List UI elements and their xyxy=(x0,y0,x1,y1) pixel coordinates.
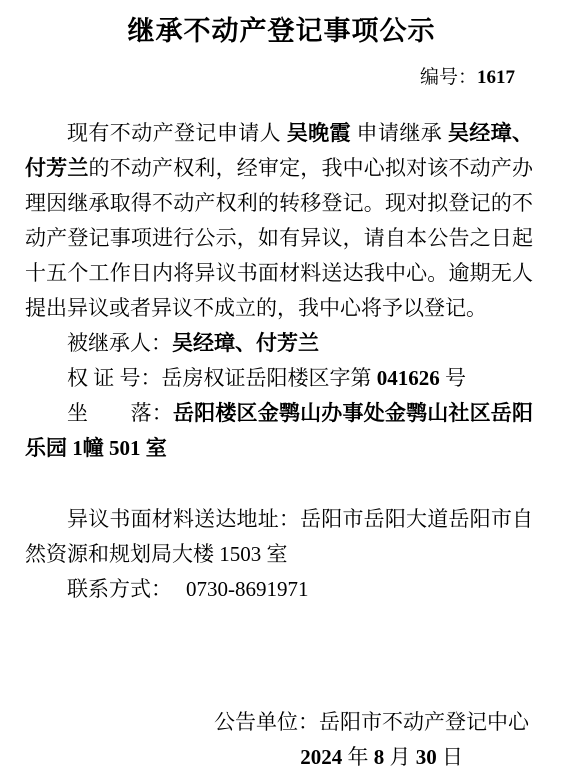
issue-date-line: 2024 年 8 月 30 日 xyxy=(25,740,533,775)
date-month-unit: 月 xyxy=(384,745,416,769)
date-year-unit: 年 xyxy=(342,745,374,769)
issuing-unit-value: 岳阳市不动产登记中心 xyxy=(319,710,529,734)
main-paragraph: 现有不动产登记申请人 吴晚霞 申请继承 吴经璋、付芳兰的不动产权利，经审定，我中… xyxy=(25,116,533,326)
certificate-number: 041626 xyxy=(377,366,440,390)
date-day: 30 xyxy=(416,745,437,769)
paragraph-text-1: 现有不动产登记申请人 xyxy=(67,121,287,145)
decedents-field: 被继承人：吴经璋、付芳兰 xyxy=(25,326,533,361)
location-field: 坐 落：岳阳楼区金鹗山办事处金鹗山社区岳阳乐园 1幢 501 室 xyxy=(25,396,533,466)
doc-number-line: 编号：1617 xyxy=(0,66,515,90)
decedents-value: 吴经璋、付芳兰 xyxy=(172,331,319,355)
issuing-unit-line: 公告单位：岳阳市不动产登记中心 xyxy=(25,705,533,740)
notice-body: 现有不动产登记申请人 吴晚霞 申请继承 吴经璋、付芳兰的不动产权利，经审定，我中… xyxy=(0,116,563,775)
date-day-unit: 日 xyxy=(437,745,463,769)
applicant-name: 吴晚霞 xyxy=(287,121,351,145)
objection-address-line: 异议书面材料送达地址：岳阳市岳阳大道岳阳市自然资源和规划局大楼 1503 室 xyxy=(25,502,533,572)
contact-value: 0730-8691971 xyxy=(186,577,309,601)
date-month: 8 xyxy=(374,745,385,769)
paragraph-text-2: 申请继承 xyxy=(351,121,448,145)
page-title: 继承不动产登记事项公示 xyxy=(0,14,563,48)
certificate-prefix: 岳房权证岳阳楼区字第 xyxy=(162,366,377,390)
contact-label: 联系方式： xyxy=(67,577,172,601)
notice-document: 继承不动产登记事项公示 编号：1617 现有不动产登记申请人 吴晚霞 申请继承 … xyxy=(0,0,563,776)
certificate-field: 权 证 号：岳房权证岳阳楼区字第 041626 号 xyxy=(25,361,533,396)
certificate-suffix: 号 xyxy=(440,366,466,390)
doc-number-label: 编号： xyxy=(420,67,477,88)
certificate-label: 权 证 号： xyxy=(67,366,162,390)
date-year: 2024 xyxy=(300,745,342,769)
contact-line: 联系方式：0730-8691971 xyxy=(25,572,533,607)
doc-number-value: 1617 xyxy=(477,67,515,88)
paragraph-text-3: 的不动产权利，经审定，我中心拟对该不动产办理因继承取得不动产权利的转移登记。现对… xyxy=(25,156,533,320)
objection-address-label: 异议书面材料送达地址： xyxy=(67,507,300,531)
objection-section: 异议书面材料送达地址：岳阳市岳阳大道岳阳市自然资源和规划局大楼 1503 室 联… xyxy=(25,502,533,607)
issuing-unit-label: 公告单位： xyxy=(214,710,319,734)
decedents-label: 被继承人： xyxy=(67,331,172,355)
location-label: 坐 落： xyxy=(67,401,173,425)
notice-footer: 公告单位：岳阳市不动产登记中心 2024 年 8 月 30 日 xyxy=(25,705,533,775)
